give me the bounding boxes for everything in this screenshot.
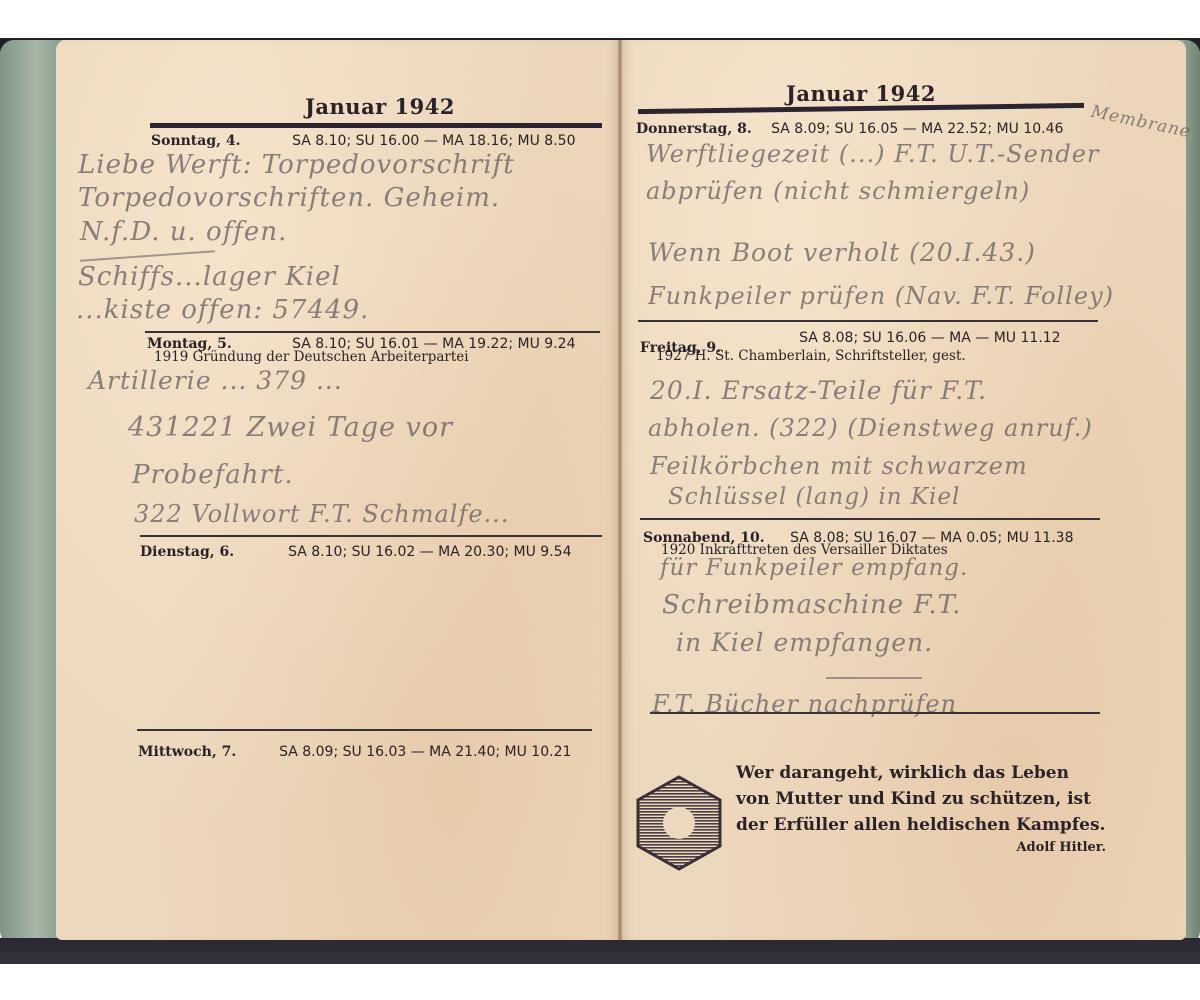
day-rule bbox=[140, 535, 602, 537]
day-name: Dienstag, 6. bbox=[140, 544, 283, 560]
day-rule bbox=[137, 729, 592, 731]
handwritten-note: abholen. (322) (Dienstweg anruf.) bbox=[648, 414, 1093, 442]
handwritten-note: Schlüssel (lang) in Kiel bbox=[668, 484, 960, 510]
day-header-dienstag: Dienstag, 6. SA 8.10; SU 16.02 — MA 20.3… bbox=[140, 541, 571, 560]
motto-line: von Mutter und Kind zu schützen, ist bbox=[736, 786, 1106, 812]
handwritten-note: ...kiste offen: 57449. bbox=[76, 295, 369, 325]
day-name: Donnerstag, 8. bbox=[636, 121, 766, 137]
handwritten-note: abprüfen (nicht schmiergeln) bbox=[646, 177, 1030, 205]
day-rule bbox=[650, 712, 1100, 714]
handwritten-note: 431221 Zwei Tage vor bbox=[128, 412, 453, 443]
backdrop bbox=[0, 938, 1200, 964]
month-title-right: Januar 1942 bbox=[786, 81, 936, 106]
handwritten-note: Artillerie ... 379 ... bbox=[88, 366, 343, 395]
day-header-donnerstag: Donnerstag, 8. SA 8.09; SU 16.05 — MA 22… bbox=[636, 118, 1063, 137]
emblem-placeholder-icon bbox=[636, 775, 722, 871]
motto-attribution: Adolf Hitler. bbox=[736, 840, 1106, 855]
day-header-mittwoch: Mittwoch, 7. SA 8.09; SU 16.03 — MA 21.4… bbox=[138, 741, 571, 760]
pencil-underline bbox=[826, 677, 922, 679]
handwritten-note: für Funkpeiler empfang. bbox=[660, 555, 968, 581]
astro-times: SA 8.10; SU 16.00 — MA 18.16; MU 8.50 bbox=[292, 133, 575, 149]
handwritten-note: 20.I. Ersatz-Teile für F.T. bbox=[650, 376, 987, 405]
astro-times: SA 8.08; SU 16.06 — MA — MU 11.12 bbox=[799, 330, 1061, 346]
astro-times: SA 8.09; SU 16.05 — MA 22.52; MU 10.46 bbox=[771, 121, 1063, 137]
handwritten-note: Schiffs...lager Kiel bbox=[78, 262, 341, 292]
handwritten-note: Werftliegezeit (...) F.T. U.T.-Sender bbox=[646, 140, 1099, 168]
handwritten-note: F.T. Bücher nachprüfen bbox=[652, 690, 957, 718]
header-rule bbox=[150, 123, 602, 128]
handwritten-note: Torpedovorschriften. Geheim. bbox=[78, 183, 500, 213]
diary-photo: Januar 1942 Sonntag, 4. SA 8.10; SU 16.0… bbox=[0, 0, 1200, 1000]
motto-line: Wer darangeht, wirklich das Leben bbox=[736, 760, 1106, 786]
day-rule bbox=[638, 320, 1098, 322]
handwritten-note: Probefahrt. bbox=[132, 460, 294, 490]
day-header-sonntag: Sonntag, 4. SA 8.10; SU 16.00 — MA 18.16… bbox=[151, 130, 575, 149]
motto-line: der Erfüller allen heldischen Kampfes. bbox=[736, 812, 1106, 838]
historical-event: 1919 Gründung der Deutschen Arbeiterpart… bbox=[154, 349, 469, 365]
historical-event: 1927 H. St. Chamberlain, Schriftsteller,… bbox=[656, 348, 966, 364]
handwritten-note: Feilkörbchen mit schwarzem bbox=[650, 452, 1028, 480]
handwritten-note: Wenn Boot verholt (20.I.43.) bbox=[648, 238, 1036, 267]
handwritten-note: Liebe Werft: Torpedovorschrift bbox=[78, 150, 515, 180]
printed-motto: Wer darangeht, wirklich das Leben von Mu… bbox=[736, 760, 1106, 855]
handwritten-note: Schreibmaschine F.T. bbox=[662, 590, 961, 620]
handwritten-note: N.f.D. u. offen. bbox=[80, 217, 287, 247]
handwritten-note: 322 Vollwort F.T. Schmalfe... bbox=[134, 500, 509, 528]
day-name: Sonntag, 4. bbox=[151, 133, 287, 149]
day-name: Mittwoch, 7. bbox=[138, 744, 274, 760]
astro-times: SA 8.10; SU 16.02 — MA 20.30; MU 9.54 bbox=[288, 544, 571, 560]
astro-times: SA 8.09; SU 16.03 — MA 21.40; MU 10.21 bbox=[279, 744, 571, 760]
handwritten-note: in Kiel empfangen. bbox=[676, 628, 933, 657]
month-title-left: Januar 1942 bbox=[305, 94, 455, 119]
handwritten-note: Funkpeiler prüfen (Nav. F.T. Folley) bbox=[648, 282, 1114, 310]
day-rule bbox=[640, 518, 1100, 520]
page-gutter bbox=[618, 40, 622, 940]
